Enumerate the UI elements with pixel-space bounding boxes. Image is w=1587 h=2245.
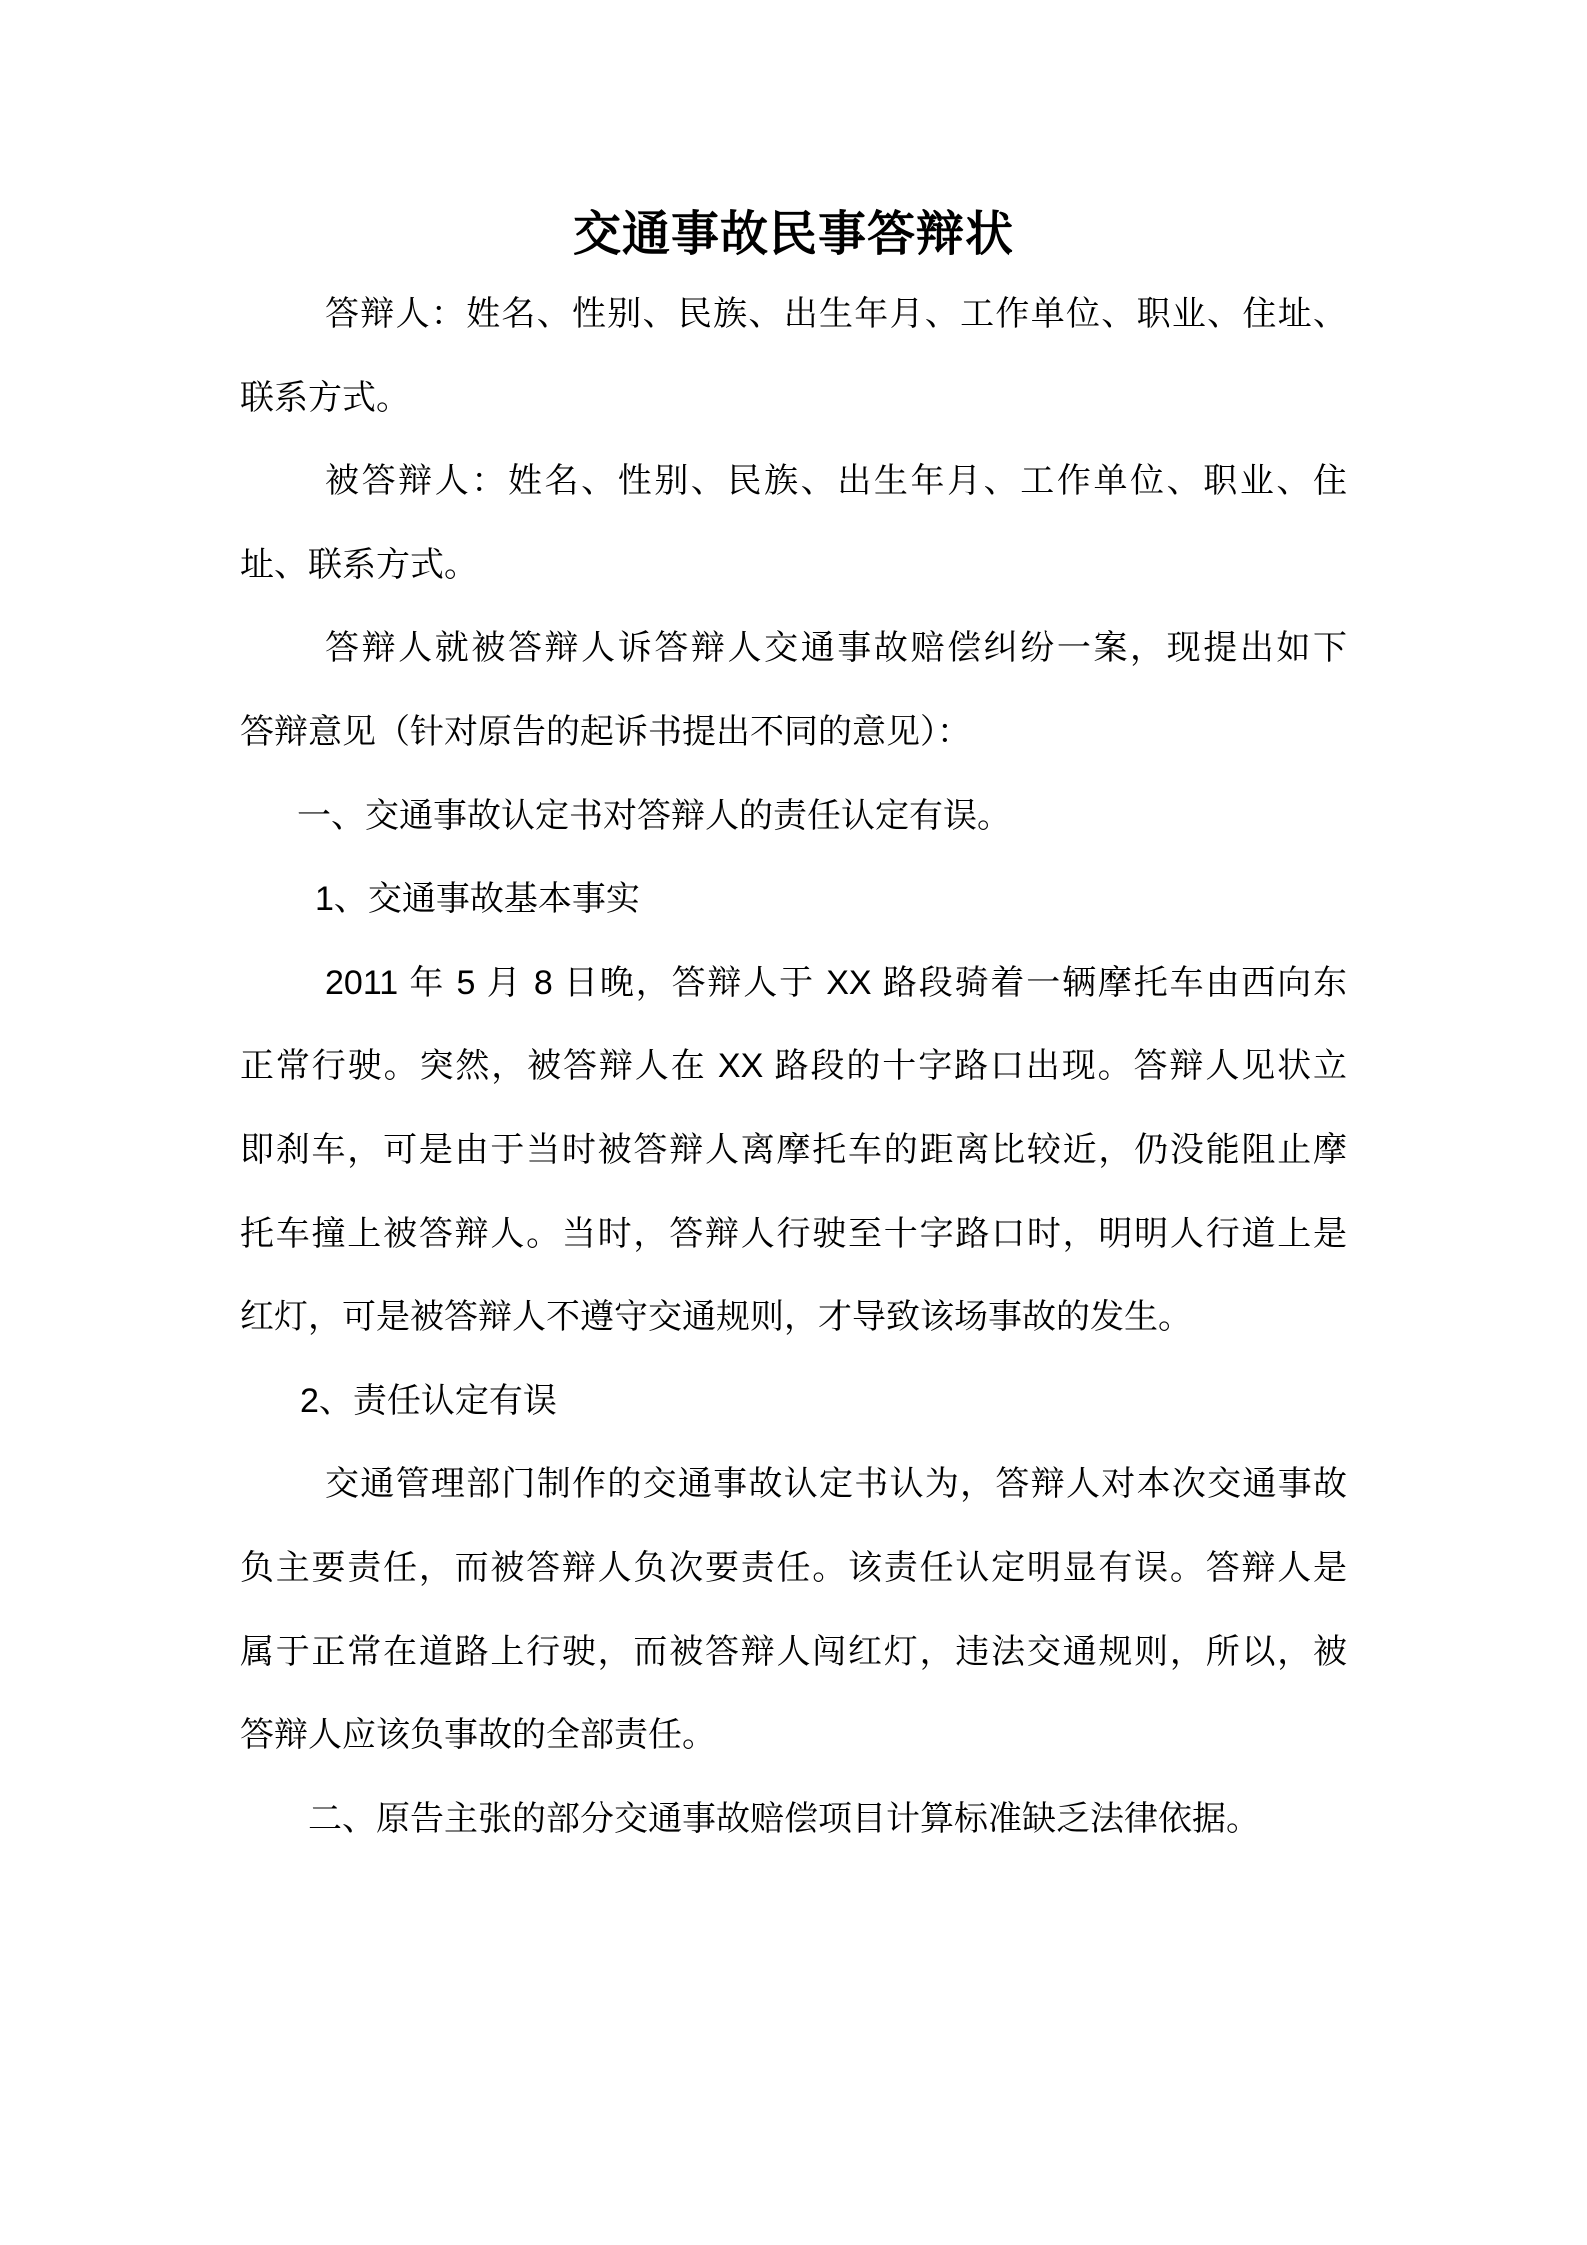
section-heading-1: 一、交通事故认定书对答辩人的责任认定有误。 bbox=[240, 775, 1347, 859]
body-line: 正常行驶。突然，被答辩人在 XX 路段的十字路口出现。答辩人见状立 bbox=[240, 1025, 1347, 1109]
document-body: 答辩人：姓名、性别、民族、出生年月、工作单位、职业、住址、 联系方式。 被答辩人… bbox=[240, 273, 1347, 1861]
body-line: 红灯，可是被答辩人不遵守交通规则，才导致该场事故的发生。 bbox=[240, 1276, 1347, 1360]
body-line: 托车撞上被答辩人。当时，答辩人行驶至十字路口时，明明人行道上是 bbox=[240, 1193, 1347, 1277]
body-line: 答辩意见（针对原告的起诉书提出不同的意见）： bbox=[240, 691, 1347, 775]
body-line: 交通管理部门制作的交通事故认定书认为，答辩人对本次交通事故 bbox=[240, 1443, 1347, 1527]
subsection-heading-2: 2、责任认定有误 bbox=[240, 1360, 1347, 1444]
body-line: 答辩人就被答辩人诉答辩人交通事故赔偿纠纷一案，现提出如下 bbox=[240, 607, 1347, 691]
body-line: 答辩人应该负事故的全部责任。 bbox=[240, 1694, 1347, 1778]
body-line: 属于正常在道路上行驶，而被答辩人闯红灯，违法交通规则，所以，被 bbox=[240, 1611, 1347, 1695]
document-title: 交通事故民事答辩状 bbox=[240, 202, 1347, 268]
body-line: 2011 年 5 月 8 日晚，答辩人于 XX 路段骑着一辆摩托车由西向东 bbox=[240, 942, 1347, 1026]
body-line: 址、联系方式。 bbox=[240, 524, 1347, 608]
body-line: 答辩人：姓名、性别、民族、出生年月、工作单位、职业、住址、 bbox=[240, 273, 1347, 357]
body-line: 负主要责任，而被答辩人负次要责任。该责任认定明显有误。答辩人是 bbox=[240, 1527, 1347, 1611]
subsection-heading-1: 1、交通事故基本事实 bbox=[240, 858, 1347, 942]
body-line: 联系方式。 bbox=[240, 357, 1347, 441]
body-line: 被答辩人：姓名、性别、民族、出生年月、工作单位、职业、住 bbox=[240, 440, 1347, 524]
section-heading-2: 二、原告主张的部分交通事故赔偿项目计算标准缺乏法律依据。 bbox=[240, 1778, 1347, 1862]
document-page: 交通事故民事答辩状 答辩人：姓名、性别、民族、出生年月、工作单位、职业、住址、 … bbox=[0, 0, 1587, 2245]
body-line: 即刹车，可是由于当时被答辩人离摩托车的距离比较近，仍没能阻止摩 bbox=[240, 1109, 1347, 1193]
